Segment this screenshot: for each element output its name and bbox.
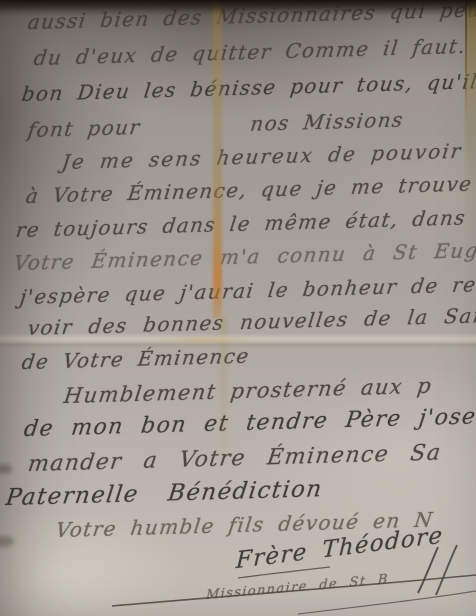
handwritten-letter-photo: aussi bien des Missionnaires qui peuvent…: [0, 0, 476, 616]
letter-line: à Votre Éminence, que je me trouve en: [25, 172, 476, 206]
letter-line: j'espère que j'aurai le bonheur de re: [19, 274, 476, 307]
letter-line: re toujours dans le même état, dans leq: [15, 206, 476, 240]
letter-line: bon Dieu les bénisse pour tous, qu'ils: [21, 71, 476, 104]
letter-line: Votre Éminence m'a connu à St Eug: [13, 240, 476, 273]
signature-title: Missionnaire de St B: [206, 573, 389, 602]
letter-line: Humblement prosterné aux p: [63, 376, 434, 407]
letter-line: de Votre Éminence: [21, 346, 251, 372]
letter-line: Paternelle Bénédiction: [5, 478, 325, 510]
letter-line: font pour nos Missions: [27, 109, 405, 140]
letter-line: voir des bonnes nouvelles de la San: [27, 305, 476, 338]
letter-text: aussi bien des Missionnaires qui peuvent…: [0, 0, 476, 616]
letter-line: de mon bon et tendre Père j'ose: [23, 406, 476, 441]
letter-line: mander a Votre Éminence Sa: [27, 442, 443, 476]
letter-line: du d'eux de quitter Comme il faut. Que l: [33, 34, 476, 68]
letter-line: aussi bien des Missionnaires qui peuvent…: [27, 0, 476, 32]
letter-line: Je me sens heureux de pouvoir écri: [61, 139, 476, 172]
